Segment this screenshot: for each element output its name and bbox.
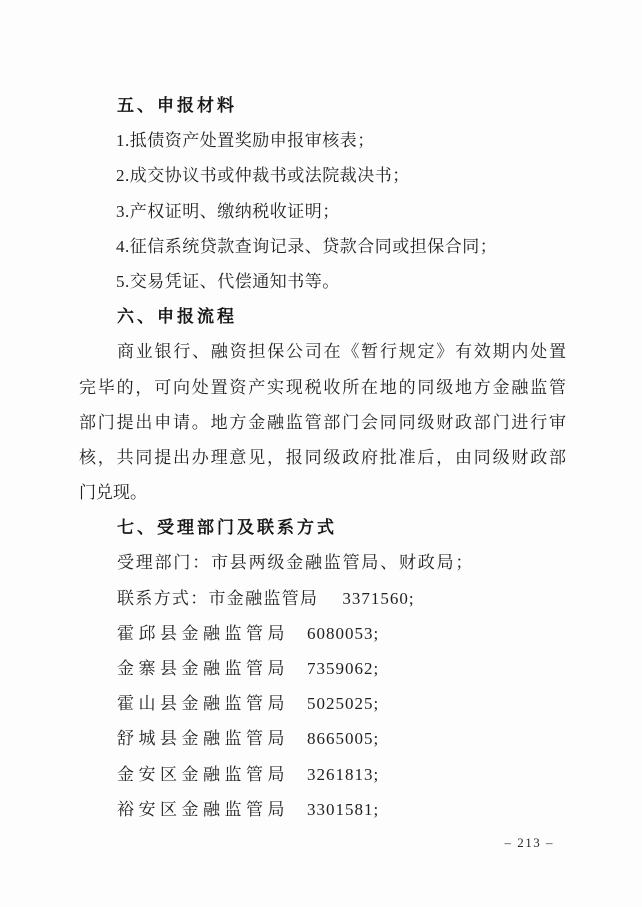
process-paragraph-line: 商业银行、融资担保公司在《暂行规定》有效期内处置 [79, 334, 566, 369]
contact-entry-row: 联系方式：市金融监管局3371560; [79, 581, 566, 616]
material-item: 3.产权证明、缴纳税收证明； [79, 194, 566, 229]
contact-entry-name: 市金融监管局 [209, 589, 319, 608]
contact-entry-name: 舒城县金融监管局 [117, 729, 289, 748]
contact-entry-row: 裕安区金融监管局3301581; [79, 792, 566, 827]
section-heading-materials: 五、申报材料 [79, 88, 566, 123]
contact-entry-row: 金安区金融监管局3261813; [79, 757, 566, 792]
contact-entry-row: 霍山县金融监管局5025025; [79, 686, 566, 721]
process-paragraph-line: 门兑现。 [79, 475, 566, 510]
contact-entry-name: 霍山县金融监管局 [117, 694, 289, 713]
contact-entry-name: 金安区金融监管局 [117, 765, 289, 784]
contact-entry-phone: 5025025; [307, 694, 379, 713]
contact-entry-phone: 7359062; [307, 659, 379, 678]
contact-entry-row: 霍邱县金融监管局6080053; [79, 616, 566, 651]
contact-entry-row: 舒城县金融监管局8665005; [79, 721, 566, 756]
contact-entry-name: 金寨县金融监管局 [117, 659, 289, 678]
contact-method-label: 联系方式： [117, 589, 209, 608]
section-heading-contacts: 七、受理部门及联系方式 [79, 510, 566, 545]
document-page: 五、申报材料 1.抵债资产处置奖励申报审核表； 2.成交协议书或仲裁书或法院裁决… [0, 0, 642, 907]
contact-entry-phone: 3261813; [307, 765, 379, 784]
page-number: – 213 – [505, 835, 555, 851]
material-item: 4.征信系统贷款查询记录、贷款合同或担保合同； [79, 229, 566, 264]
process-paragraph-line: 部门提出申请。地方金融监管部门会同同级财政部门进行审 [79, 405, 566, 440]
contact-entry-name: 霍邱县金融监管局 [117, 624, 289, 643]
page-content: 五、申报材料 1.抵债资产处置奖励申报审核表； 2.成交协议书或仲裁书或法院裁决… [79, 88, 566, 827]
contact-entry-phone: 3301581; [307, 800, 379, 819]
material-item: 2.成交协议书或仲裁书或法院裁决书； [79, 158, 566, 193]
section-heading-process: 六、申报流程 [79, 299, 566, 334]
material-item: 1.抵债资产处置奖励申报审核表； [79, 123, 566, 158]
process-paragraph-line: 完毕的，可向处置资产实现税收所在地的同级地方金融监管 [79, 370, 566, 405]
material-item: 5.交易凭证、代偿通知书等。 [79, 264, 566, 299]
contact-entry-row: 金寨县金融监管局7359062; [79, 651, 566, 686]
contact-entry-phone: 8665005; [307, 729, 379, 748]
contact-entry-phone: 3371560; [342, 589, 414, 608]
process-paragraph-line: 核，共同提出办理意见，报同级政府批准后，由同级财政部 [79, 440, 566, 475]
accept-department-line: 受理部门：市县两级金融监管局、财政局； [79, 545, 566, 580]
contact-entry-phone: 6080053; [307, 624, 379, 643]
contact-entry-name: 裕安区金融监管局 [117, 800, 289, 819]
